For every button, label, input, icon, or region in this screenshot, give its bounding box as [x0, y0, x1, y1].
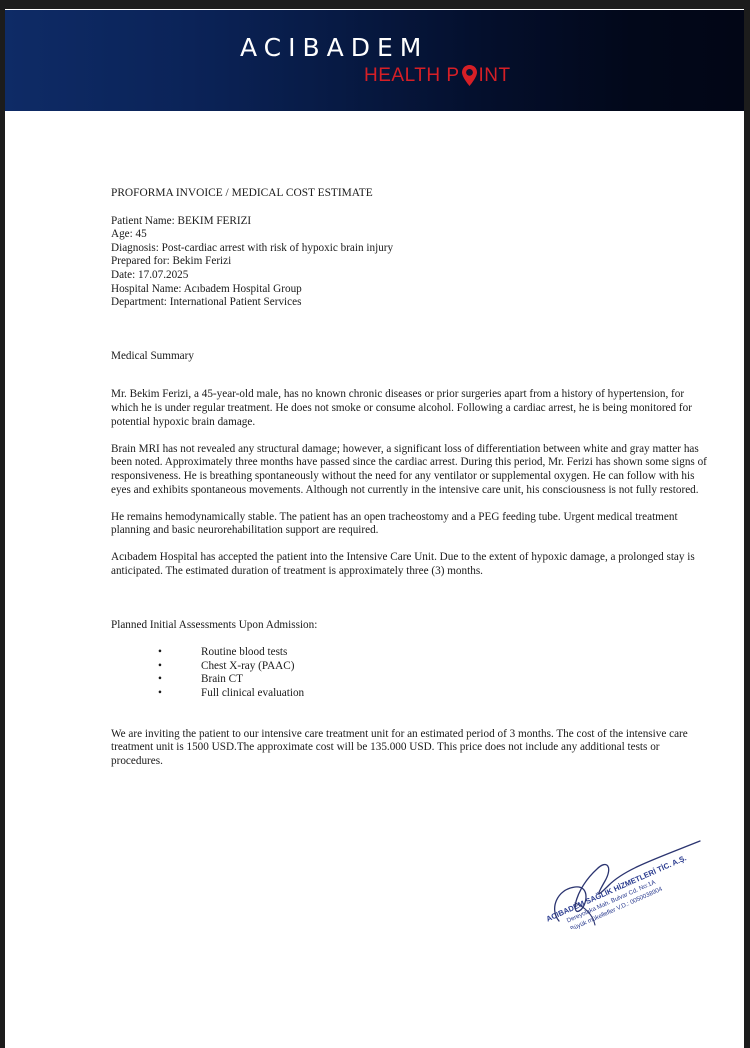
- prepared-for: Prepared for: Bekim Ferizi: [111, 255, 707, 269]
- brand-tagline-right: INT: [479, 65, 511, 87]
- list-item: • Brain CT: [111, 673, 707, 687]
- assessments-list: • Routine blood tests • Chest X-ray (PAA…: [111, 646, 707, 700]
- document-title: PROFORMA INVOICE / MEDICAL COST ESTIMATE: [111, 187, 707, 201]
- list-item-label: Routine blood tests: [201, 646, 287, 658]
- patient-name: Patient Name: BEKIM FERIZI: [111, 215, 707, 229]
- stamp-icon: ACIBADEM SAĞLIK HİZMETLERİ TİC. A.Ş. Der…: [535, 829, 715, 929]
- patient-info: Patient Name: BEKIM FERIZI Age: 45 Diagn…: [111, 215, 707, 310]
- summary-paragraph: Acıbadem Hospital has accepted the patie…: [111, 551, 707, 578]
- location-pin-icon: [461, 64, 478, 87]
- hospital-name: Hospital Name: Acıbadem Hospital Group: [111, 283, 707, 297]
- department: Department: International Patient Servic…: [111, 296, 707, 310]
- list-item-label: Chest X-ray (PAAC): [201, 660, 294, 672]
- header-banner: ACIBADEM HEALTH P INT: [5, 10, 744, 111]
- bullet-icon: •: [158, 646, 162, 660]
- summary-paragraph: He remains hemodynamically stable. The p…: [111, 511, 707, 538]
- list-item-label: Full clinical evaluation: [201, 687, 304, 699]
- brand-logo: ACIBADEM HEALTH P INT: [240, 34, 540, 94]
- brand-tagline: HEALTH P INT: [364, 65, 511, 88]
- document-date: Date: 17.07.2025: [111, 269, 707, 283]
- list-item: • Full clinical evaluation: [111, 687, 707, 701]
- brand-name: ACIBADEM: [240, 34, 428, 62]
- assessments-heading: Planned Initial Assessments Upon Admissi…: [111, 619, 707, 633]
- patient-age: Age: 45: [111, 228, 707, 242]
- list-item: • Routine blood tests: [111, 646, 707, 660]
- summary-paragraph: Brain MRI has not revealed any structura…: [111, 443, 707, 497]
- list-item: • Chest X-ray (PAAC): [111, 660, 707, 674]
- bullet-icon: •: [158, 687, 162, 701]
- brand-tagline-left: HEALTH P: [364, 65, 460, 87]
- document-body: PROFORMA INVOICE / MEDICAL COST ESTIMATE…: [111, 187, 707, 768]
- diagnosis: Diagnosis: Post-cardiac arrest with risk…: [111, 242, 707, 256]
- bullet-icon: •: [158, 673, 162, 687]
- cost-paragraph: We are inviting the patient to our inten…: [111, 728, 707, 769]
- list-item-label: Brain CT: [201, 673, 243, 685]
- summary-paragraph: Mr. Bekim Ferizi, a 45-year-old male, ha…: [111, 388, 707, 429]
- medical-summary-heading: Medical Summary: [111, 350, 707, 364]
- company-stamp-signature: ACIBADEM SAĞLIK HİZMETLERİ TİC. A.Ş. Der…: [535, 829, 715, 929]
- document-page: ACIBADEM HEALTH P INT PROFORMA INVOICE /…: [5, 9, 744, 1048]
- bullet-icon: •: [158, 660, 162, 674]
